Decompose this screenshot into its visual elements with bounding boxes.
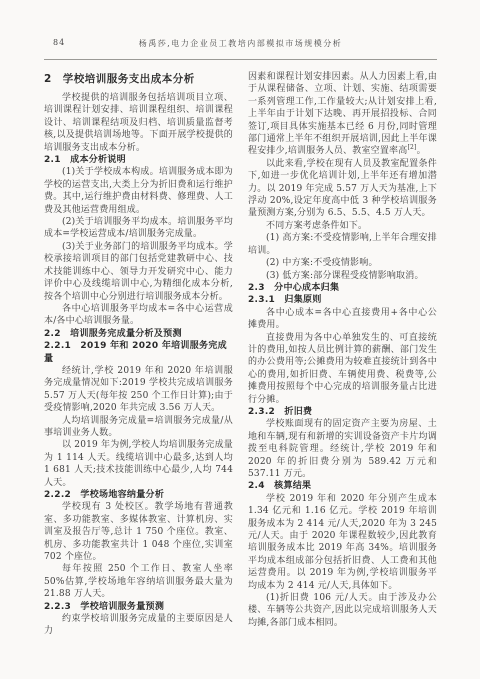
paragraph: (3) 低方案:部分课程受疫情影响取消。 bbox=[248, 270, 437, 282]
subsubsection-heading: 2.3.1 归集原则 bbox=[248, 294, 437, 306]
column-right: 因素和课程计划安排因素。从人力因素上看,由于从课程储备、立项、计划、实施、结项需… bbox=[248, 71, 437, 638]
paragraph: (2) 中方案:不受疫情影响。 bbox=[248, 257, 437, 269]
paragraph: (1)关于学校成本构成。培训服务成本即为学校的运营支出,大类上分为折旧费和运行维… bbox=[44, 166, 233, 216]
paragraph: 约束学校培训服务完成量的主要原因是人力 bbox=[44, 613, 233, 638]
paragraph-continuation: 因素和课程计划安排因素。从人力因素上看,由于从课程储备、立项、计划、实施、结项需… bbox=[248, 71, 437, 158]
subsection-heading: 2.2 培训服务完成量分析及预测 bbox=[44, 328, 233, 340]
header-rule bbox=[44, 59, 437, 60]
subsubsection-heading: 2.2.3 学校培训服务量预测 bbox=[44, 601, 233, 613]
paragraph: 学校提供的培训服务包括培训项目立项、培训课程计划安排、培训课程组织、培训课程设计… bbox=[44, 92, 233, 154]
subsubsection-heading: 2.2.1 2019 年和 2020 年培训服务完成量 bbox=[44, 340, 233, 365]
paragraph: (2)关于培训服务平均成本。培训服务平均成本=学校运营成本/培训服务完成量。 bbox=[44, 216, 233, 241]
subsection-heading: 2.3 分中心成本归集 bbox=[248, 282, 437, 294]
paragraph: 各中心培训服务平均成本=各中心运营成本/各中心培训服务量。 bbox=[44, 303, 233, 328]
paragraph: 以 2019 年为例,学校人均培训服务完成量为 1 114 人天。线缆培训中心最… bbox=[44, 439, 233, 489]
subsubsection-heading: 2.2.2 学校场地容纳量分析 bbox=[44, 489, 233, 501]
subsubsection-heading: 2.3.2 折旧费 bbox=[248, 406, 437, 418]
paragraph: (1)折旧费 106 元/人天。由于涉及办公楼、车辆等公共资产,因此以完成培训服… bbox=[248, 592, 437, 629]
column-left: 2 学校培训服务支出成本分析 学校提供的培训服务包括培训项目立项、培训课程计划安… bbox=[44, 71, 233, 638]
paragraph-text: 。 bbox=[417, 146, 426, 156]
page-body: 2 学校培训服务支出成本分析 学校提供的培训服务包括培训项目立项、培训课程计划安… bbox=[44, 71, 437, 638]
paragraph: 以此来看,学校在现有人员及教室配置条件下,如进一步优化培训计划,上半年还有增加潜… bbox=[248, 158, 437, 220]
paragraph: 经统计,学校 2019 年和 2020 年培训服务完成量情况如下:2019 学校… bbox=[44, 365, 233, 415]
paragraph: 每年按照 250 个工作日、教室人坐率 50%估算,学校场地年容纳培训服务最大量… bbox=[44, 563, 233, 600]
running-title: 杨禹莎,电力企业员工教培内部模拟市场规模分析 bbox=[44, 38, 437, 49]
subsection-heading: 2.1 成本分析说明 bbox=[44, 154, 233, 166]
paragraph: (1) 高方案:不受疫情影响,上半年合理安排培训。 bbox=[248, 232, 437, 257]
paragraph: 各中心成本=各中心直接费用+各中心公摊费用。 bbox=[248, 307, 437, 332]
section-heading: 2 学校培训服务支出成本分析 bbox=[44, 72, 233, 86]
paragraph: 学校 2019 年和 2020 年分别产生成本 1.34 亿元和 1.16 亿元… bbox=[248, 493, 437, 592]
paragraph: 不同方案考虑条件如下。 bbox=[248, 220, 437, 232]
subsection-heading: 2.4 核算结果 bbox=[248, 480, 437, 492]
page-header: 84 杨禹莎,电力企业员工教培内部模拟市场规模分析 bbox=[44, 37, 437, 51]
paragraph: 学校账面现有的固定资产主要为房屋、土地和车辆,现有和新增的实训设备资产卡片均调拨… bbox=[248, 418, 437, 480]
paragraph: 人均培训服务完成量=培训服务完成量/从事培训业务人数。 bbox=[44, 415, 233, 440]
paragraph: 直接费用为各中心单独发生的、可直接统计的费用,如按人员比例计算的薪酬、部门发生的… bbox=[248, 332, 437, 406]
paragraph: 学校现有 3 处校区。教学场地有普通教室、多功能教室、多媒体教室、计算机房、实训… bbox=[44, 501, 233, 563]
paragraph: (3)关于业务部门的培训服务平均成本。学校承接培训项目的部门包括党建教研中心、技… bbox=[44, 241, 233, 303]
citation-marker: [2] bbox=[407, 144, 416, 151]
